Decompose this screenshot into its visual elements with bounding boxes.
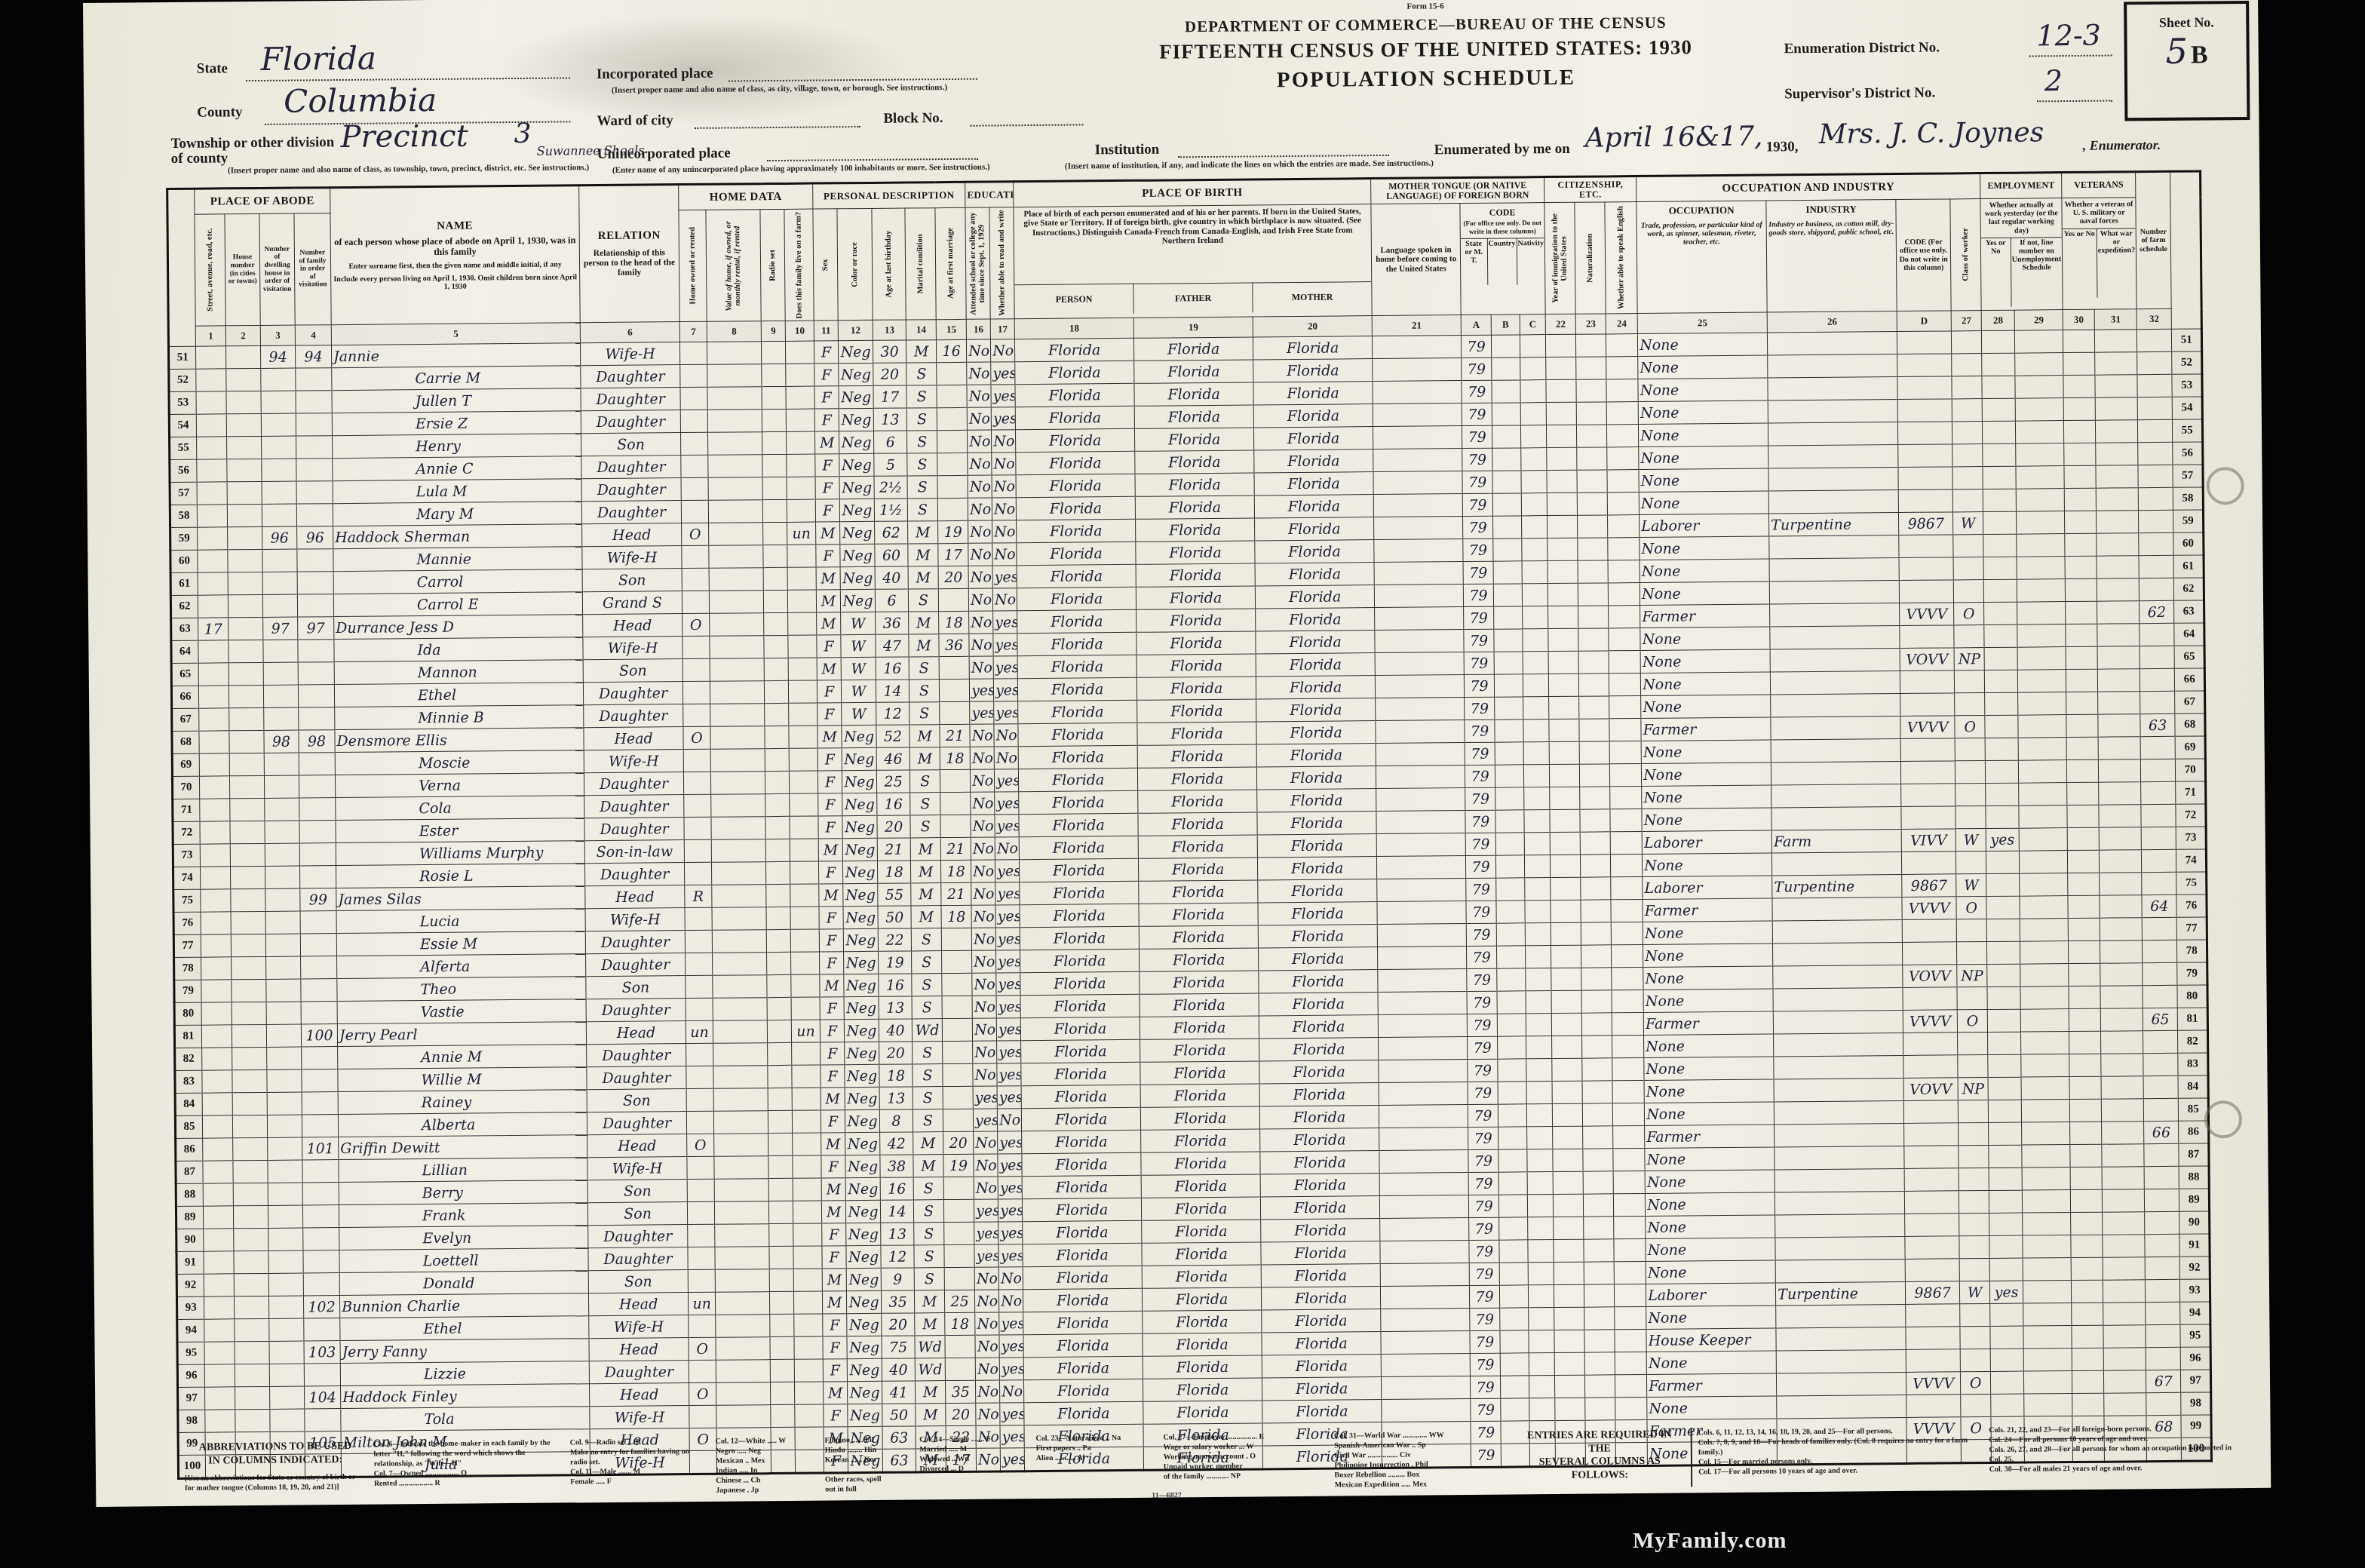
cell-language <box>1374 539 1463 563</box>
cell-language <box>1377 901 1466 925</box>
cell-birthplace-father: Florida <box>1138 790 1257 813</box>
cell-language <box>1376 811 1465 834</box>
cell-birthplace-father: Florida <box>1140 971 1259 994</box>
cell-birthplace-mother: Florida <box>1255 585 1374 609</box>
cell-sex: M <box>821 1178 845 1201</box>
cell-dwelling <box>265 821 299 843</box>
cell-house <box>234 1273 268 1296</box>
cell-value <box>716 1360 770 1383</box>
cell-street <box>197 482 227 505</box>
cell-read-write: yes <box>999 1335 1023 1358</box>
cell-dwelling <box>263 640 298 662</box>
cell-race: W <box>841 657 876 680</box>
cell-occupation: None <box>1646 1238 1775 1261</box>
cell-farm-schedule <box>2139 555 2173 578</box>
cell-age-married <box>944 1244 974 1267</box>
cell-dwelling <box>263 685 298 707</box>
cell-value <box>714 1201 768 1225</box>
cell-unemployment-line <box>2020 896 2068 919</box>
cell-code-b <box>1493 539 1522 561</box>
cell-birthplace-mother: Florida <box>1258 902 1377 925</box>
line-number: 82 <box>2178 1030 2208 1053</box>
cell-occupation: Farmer <box>1645 1125 1775 1148</box>
cell-worked-yesterday <box>1989 1122 2022 1145</box>
cell-age-married <box>940 701 970 724</box>
code-title: CODE <box>1460 203 1544 218</box>
cell-dwelling <box>270 1386 305 1409</box>
cell-birthplace-father: Florida <box>1142 1242 1261 1266</box>
cell-birthplace-mother: Florida <box>1259 1083 1379 1106</box>
cell-name: Ethel <box>340 1316 589 1341</box>
line-number: 60 <box>2173 532 2204 555</box>
cell-class-of-worker <box>1959 1123 1989 1146</box>
enumerated-date: April 16&17, <box>1584 121 1762 154</box>
cell-family: 99 <box>300 888 336 911</box>
cell-age: 62 <box>875 521 908 544</box>
cell-name: Verna <box>335 773 584 798</box>
cell-english <box>1606 334 1638 357</box>
cell-family: 101 <box>302 1137 339 1160</box>
cell-unemployment-line <box>2023 1349 2072 1372</box>
cell-birthplace-person: Florida <box>1017 564 1136 588</box>
cell-immigration <box>1555 1398 1585 1420</box>
cell-veteran <box>2063 375 2095 397</box>
cell-code-c <box>1525 855 1551 878</box>
column-number: 20 <box>1253 316 1372 337</box>
cell-name: Theo <box>337 977 586 1002</box>
cell-radio <box>766 907 790 929</box>
cell-radio <box>762 386 786 409</box>
cell-birthplace-mother: Florida <box>1256 698 1376 722</box>
cell-code-a: 79 <box>1465 720 1495 742</box>
cell-farm <box>787 590 816 612</box>
cell-class-of-worker: O <box>1956 897 1986 919</box>
cell-worked-yesterday <box>1987 1009 2020 1032</box>
cell-dwelling <box>262 504 296 526</box>
cell-sex: F <box>824 1404 848 1427</box>
cell-street <box>197 505 227 527</box>
cell-farm <box>790 861 818 884</box>
cell-birthplace-person: Florida <box>1015 383 1134 407</box>
cell-house <box>231 911 265 934</box>
cell-naturalization <box>1580 787 1610 809</box>
cell-value <box>713 998 767 1021</box>
cell-worked-yesterday <box>1983 579 2017 602</box>
cell-farm-schedule <box>2145 1257 2179 1279</box>
cell-birthplace-person: Florida <box>1019 790 1138 814</box>
cell-birthplace-father: Florida <box>1143 1333 1262 1356</box>
cell-read-write: yes <box>1000 1403 1024 1425</box>
cell-occupation: None <box>1643 966 1773 990</box>
cell-school: No <box>971 905 995 928</box>
cell-language <box>1379 1082 1468 1106</box>
cell-occupation: House Keeper <box>1646 1328 1776 1352</box>
cell-industry <box>1771 807 1901 830</box>
cell-veteran <box>2072 1348 2103 1370</box>
cell-english <box>1607 425 1639 447</box>
line-number: 73 <box>2176 827 2206 849</box>
cell-english <box>1615 1352 1646 1374</box>
relation-desc: Relationship of this person to the head … <box>581 248 677 278</box>
cell-age: 9 <box>881 1268 914 1290</box>
cell-read-write: No <box>991 339 1015 362</box>
cell-marital: M <box>911 861 941 883</box>
cell-worked-yesterday <box>1985 738 2018 760</box>
line-number: 57 <box>170 482 197 505</box>
cell-school: yes <box>974 1199 998 1222</box>
cell-street <box>204 1296 234 1319</box>
cell-name: Carrie M <box>332 366 581 391</box>
cell-birthplace-person: Florida <box>1023 1356 1143 1379</box>
cell-code-c <box>1520 357 1546 380</box>
column-number: 8 <box>707 321 761 342</box>
cell-age: 30 <box>873 340 906 363</box>
cell-war <box>2102 1167 2144 1189</box>
cell-age-married <box>939 656 969 679</box>
cell-farm-schedule <box>2137 397 2172 419</box>
cell-farm <box>789 726 817 748</box>
cell-occupation: Laborer <box>1642 830 1771 854</box>
cell-home <box>679 342 707 364</box>
cell-farm-schedule <box>2138 487 2173 510</box>
cell-veteran <box>2068 918 2100 940</box>
cell-code-c <box>1524 810 1550 833</box>
cell-age: 75 <box>882 1336 915 1358</box>
cell-class-of-worker <box>1957 987 1987 1010</box>
cell-street <box>200 867 230 889</box>
cell-class-of-worker <box>1961 1394 1991 1416</box>
cell-farm <box>792 1042 821 1065</box>
cell-home <box>687 1201 714 1224</box>
line-number: 96 <box>177 1364 204 1387</box>
cell-worked-yesterday <box>1983 534 2017 557</box>
cell-relation: Wife-H <box>580 342 679 366</box>
cell-veteran <box>2066 624 2097 646</box>
group-place-of-birth: PLACE OF BIRTH <box>1014 179 1371 207</box>
cell-home <box>683 681 710 704</box>
cell-farm-schedule <box>2141 827 2176 849</box>
cell-industry <box>1776 1327 1906 1350</box>
cell-age-married: 20 <box>946 1403 976 1425</box>
cell-unemployment-line <box>2019 760 2067 784</box>
line-number: 63 <box>2174 600 2204 623</box>
cell-read-write: No <box>994 747 1018 769</box>
cell-english <box>1614 1216 1646 1238</box>
cell-birthplace-father: Florida <box>1140 1039 1259 1062</box>
cell-birthplace-person: Florida <box>1016 428 1135 452</box>
cell-code-a: 79 <box>1468 1059 1498 1082</box>
cell-code-c <box>1522 516 1548 539</box>
line-number: 88 <box>2179 1166 2209 1189</box>
cell-war <box>2101 1031 2143 1054</box>
line-number: 59 <box>170 527 198 550</box>
cell-dwelling: 97 <box>263 617 298 640</box>
cell-unemployment-line <box>2015 353 2063 376</box>
cell-code-b <box>1499 1263 1528 1285</box>
line-number: 81 <box>174 1025 201 1048</box>
cell-birthplace-mother: Florida <box>1257 834 1376 858</box>
cell-code-a: 79 <box>1464 652 1494 674</box>
cell-class-of-worker: O <box>1955 716 1985 738</box>
cell-code-a: 79 <box>1462 425 1492 448</box>
cell-radio <box>770 1359 794 1382</box>
cell-code-b <box>1497 968 1526 991</box>
cell-veteran <box>2068 873 2100 895</box>
cell-age-married <box>942 1018 972 1041</box>
cell-war <box>2100 940 2143 963</box>
cell-immigration <box>1551 922 1581 945</box>
cell-family <box>300 934 336 956</box>
col12-label: Color or race <box>851 242 860 287</box>
cell-dwelling <box>268 1228 303 1250</box>
cell-worked-yesterday <box>1982 330 2015 353</box>
cell-sex: F <box>823 1359 847 1382</box>
cell-race: Neg <box>845 1064 879 1087</box>
cell-industry <box>1771 762 1901 785</box>
cell-language <box>1381 1331 1470 1355</box>
footer-col27: Col. 27—Employer ................ E Wage… <box>1163 1431 1327 1492</box>
cell-code-c <box>1526 1059 1552 1082</box>
cell-english <box>1615 1284 1646 1306</box>
cell-occupation: Laborer <box>1640 514 1769 537</box>
cell-street <box>200 821 230 844</box>
cell-school: No <box>968 566 992 588</box>
cell-occupation: None <box>1640 581 1769 605</box>
cell-age-married <box>937 498 968 520</box>
cell-occupation: None <box>1643 989 1773 1012</box>
cell-birthplace-person: Florida <box>1015 361 1134 384</box>
line-number: 64 <box>171 640 198 663</box>
cell-code-b <box>1495 787 1524 810</box>
cell-birthplace-mother: Florida <box>1261 1241 1380 1265</box>
cell-code-c <box>1523 697 1549 720</box>
cell-race: W <box>841 634 876 657</box>
cell-english <box>1612 1012 1643 1035</box>
occupation-desc: Trade, profession, or particular kind of… <box>1639 220 1765 247</box>
cell-industry <box>1773 965 1903 988</box>
cell-industry <box>1773 1010 1903 1033</box>
cell-worked-yesterday <box>1987 964 2020 987</box>
cell-marital: Wd <box>915 1336 945 1358</box>
cell-immigration <box>1553 1126 1583 1149</box>
cell-code-d <box>1902 919 1956 943</box>
cell-age-married <box>937 475 968 498</box>
cell-code-d <box>1904 1168 1959 1192</box>
cell-home <box>689 1405 716 1428</box>
cell-birthplace-mother: Florida <box>1259 1038 1379 1061</box>
cell-home <box>686 1088 713 1111</box>
myfamily-watermark: MyFamily.com <box>1633 1528 1787 1554</box>
cell-naturalization <box>1577 492 1607 515</box>
cell-home <box>688 1224 715 1247</box>
form-number: Form 15-6 <box>1312 1 1538 12</box>
cell-value <box>713 1111 768 1134</box>
cell-code-b <box>1500 1330 1529 1353</box>
ward-line <box>695 126 860 129</box>
cell-birthplace-mother: Florida <box>1262 1332 1381 1355</box>
cell-home <box>684 817 711 839</box>
line-number: 75 <box>2176 872 2207 894</box>
cell-street <box>196 391 226 414</box>
cell-code-a: 79 <box>1465 742 1495 765</box>
cell-war <box>2101 1099 2143 1122</box>
cell-home: O <box>683 613 710 636</box>
cell-house <box>229 753 264 775</box>
cell-read-write: yes <box>993 656 1017 679</box>
cell-birthplace-person: Florida <box>1017 542 1136 565</box>
cell-school: No <box>974 1177 998 1199</box>
line-number: 71 <box>2176 781 2206 804</box>
cell-race: Neg <box>842 838 877 861</box>
cell-unemployment-line <box>2023 1326 2072 1349</box>
cell-birthplace-father: Florida <box>1137 767 1256 790</box>
cell-worked-yesterday <box>1990 1349 2023 1371</box>
cell-war <box>2103 1189 2145 1212</box>
cell-code-d <box>1897 354 1952 377</box>
cell-relation: Head <box>588 1293 688 1316</box>
county-value: Columbia <box>284 81 437 120</box>
cell-birthplace-mother: Florida <box>1259 1106 1379 1129</box>
cell-farm-schedule <box>2138 442 2173 465</box>
cell-home <box>680 364 707 387</box>
cell-sex: M <box>816 590 840 612</box>
line-number: 53 <box>2172 374 2202 397</box>
cell-dwelling <box>265 934 300 956</box>
cell-occupation: None <box>1645 1147 1775 1171</box>
cell-birthplace-person: Florida <box>1019 813 1138 836</box>
cell-sex: M <box>821 1201 845 1223</box>
cell-street <box>204 1342 235 1364</box>
cell-code-b <box>1498 1127 1527 1149</box>
cell-age: 17 <box>873 385 906 408</box>
cell-dwelling <box>266 979 301 1002</box>
cell-language <box>1378 1014 1467 1038</box>
column-number: 28 <box>1981 310 2014 330</box>
cell-read-write: yes <box>998 1244 1023 1267</box>
abbrev-note: [Use no abbreviations for State or count… <box>185 1472 367 1493</box>
cell-farm-schedule <box>2139 510 2173 532</box>
cell-language <box>1379 1173 1468 1196</box>
cell-naturalization <box>1581 900 1611 922</box>
cell-birthplace-person: Florida <box>1024 1379 1143 1402</box>
cell-read-write: yes <box>995 792 1019 815</box>
cell-birthplace-father: Florida <box>1136 609 1256 632</box>
cell-veteran <box>2065 556 2097 578</box>
cell-industry <box>1775 1123 1904 1146</box>
cell-home: R <box>685 885 712 907</box>
cell-naturalization <box>1578 674 1609 696</box>
cell-race: Neg <box>846 1245 881 1268</box>
cell-value <box>713 1020 767 1044</box>
cell-birthplace-mother: Florida <box>1256 608 1375 631</box>
cell-age-married <box>942 950 972 973</box>
cell-code-c <box>1521 493 1547 516</box>
cell-veteran <box>2072 1370 2104 1393</box>
cell-house <box>228 594 262 617</box>
cell-industry <box>1772 897 1902 920</box>
cell-birthplace-person: Florida <box>1016 451 1135 474</box>
column-number: 21 <box>1372 315 1461 336</box>
cell-veteran <box>2071 1212 2103 1235</box>
entries-title: ENTRIES ARE REQUIRED IN THE SEVERAL COLU… <box>1516 1428 1683 1489</box>
cell-birthplace-mother: Florida <box>1262 1377 1382 1401</box>
cell-value <box>710 613 764 637</box>
cell-read-write: yes <box>995 882 1020 905</box>
cell-code-c <box>1520 403 1546 425</box>
cell-farm <box>790 884 819 907</box>
cell-birthplace-person: Florida <box>1022 1198 1141 1221</box>
cell-unemployment-line <box>2019 783 2067 806</box>
cell-value <box>710 749 765 772</box>
cell-language <box>1373 471 1462 495</box>
cell-relation: Daughter <box>587 1044 686 1067</box>
group-veterans: VETERANS <box>2062 172 2136 198</box>
cell-name: Henry <box>333 434 581 459</box>
column-number: 16 <box>966 319 990 339</box>
cell-read-write: No <box>992 430 1016 453</box>
column-number: 13 <box>873 320 906 340</box>
cell-home <box>680 410 707 432</box>
cell-war <box>2096 443 2138 465</box>
line-number: 70 <box>172 776 199 799</box>
cell-immigration <box>1548 583 1578 606</box>
cell-english <box>1610 787 1642 809</box>
cell-worked-yesterday <box>1982 398 2015 421</box>
cell-race: Neg <box>843 883 878 906</box>
cell-code-a: 79 <box>1462 357 1492 380</box>
cell-class-of-worker: W <box>1956 874 1986 897</box>
cell-age: 25 <box>876 770 909 793</box>
cell-race: Neg <box>846 1268 881 1290</box>
cell-code-b <box>1492 403 1520 425</box>
name-title: NAME <box>333 219 578 234</box>
cell-english <box>1607 447 1639 470</box>
cell-farm-schedule <box>2143 1098 2178 1121</box>
cell-street <box>200 844 230 867</box>
cell-dwelling <box>267 1047 302 1069</box>
cell-school: No <box>974 1267 998 1290</box>
cell-street <box>204 1274 234 1296</box>
cell-race: Neg <box>842 793 877 815</box>
cell-home <box>681 432 708 455</box>
cell-marital: S <box>908 589 938 612</box>
cell-war <box>2099 827 2141 850</box>
cell-relation: Wife-H <box>584 750 683 773</box>
cell-dwelling <box>262 436 296 459</box>
cell-birthplace-father: Florida <box>1136 586 1255 609</box>
cell-value <box>716 1337 770 1361</box>
cell-marital: S <box>912 951 942 974</box>
cell-street <box>199 708 229 731</box>
cell-relation: Wife-H <box>585 908 685 931</box>
cell-age: 16 <box>877 793 910 815</box>
cell-age: 21 <box>877 838 910 861</box>
cell-age: 20 <box>877 815 910 838</box>
cell-english <box>1606 357 1638 379</box>
cell-marital: M <box>909 634 939 657</box>
line-col-right-header <box>2170 171 2202 329</box>
cell-code-c <box>1523 652 1548 674</box>
cell-sex: M <box>816 567 840 590</box>
cell-age: 55 <box>878 883 911 906</box>
cell-farm <box>786 409 814 431</box>
cell-birthplace-mother: Florida <box>1259 970 1378 993</box>
cell-house <box>234 1250 268 1273</box>
cell-school: No <box>968 453 992 475</box>
cell-marital: S <box>913 1042 943 1064</box>
cell-race: Neg <box>839 476 874 499</box>
cell-worked-yesterday <box>1985 715 2018 738</box>
